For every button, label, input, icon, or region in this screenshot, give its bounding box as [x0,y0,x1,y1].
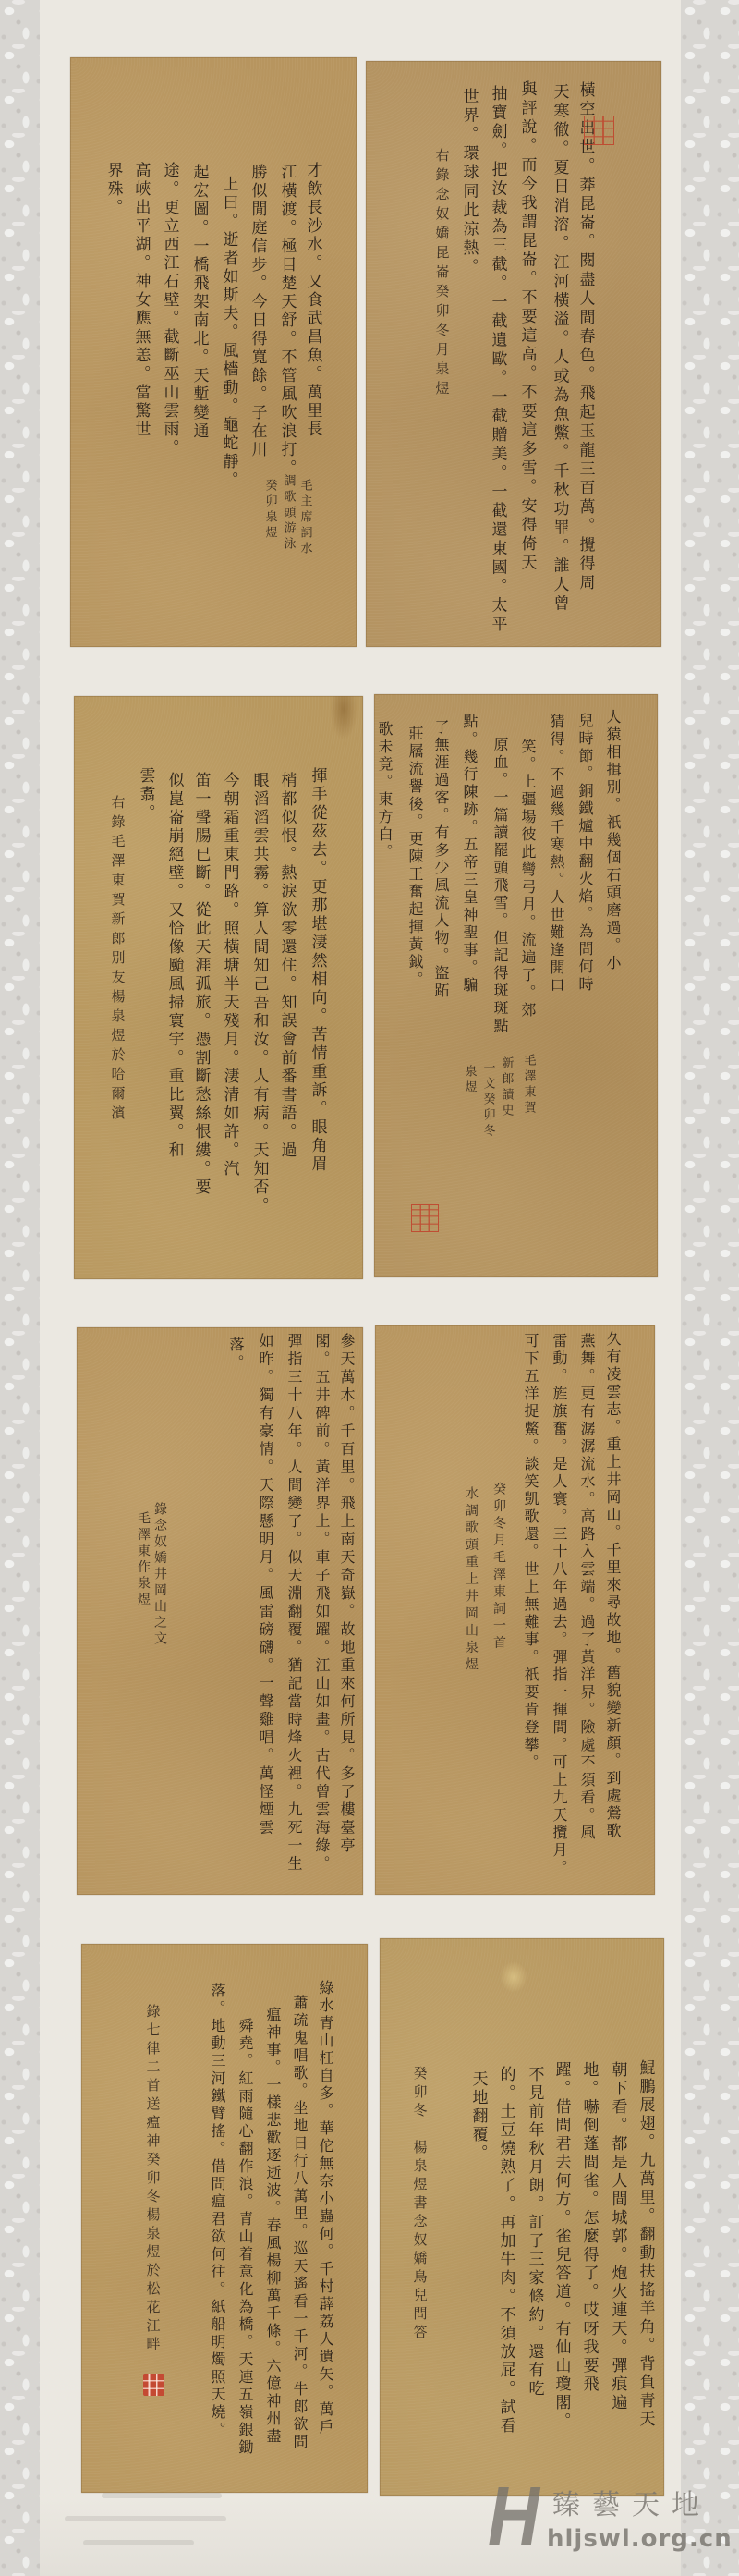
calligraphy-column: 可下五洋捉鱉。談笑凱歌還。世上無難事。祇要肯登攀。 [523,1333,538,1772]
inscription-column: 癸卯冬 楊泉煜書念奴嬌鳥兒問答 [413,2066,427,2343]
calligraphy-column: 笛一聲腸已斷。從此天涯孤旅。憑割斷愁絲恨縷。要 [193,772,209,1197]
calligraphy-column: 參天萬木。千百里。飛上南天奇嶽。故地重來何所見。多了樓臺亭 [339,1333,354,1856]
calligraphy-column: 起宏圖。一橋飛架南北。天塹變通 [191,164,207,441]
inscription-column: 癸卯泉煜 [264,479,276,542]
inscription-column: 右錄毛澤東賀新郎別友楊泉煜於哈爾濱 [111,795,125,1125]
calligraphy-column: 上曰。逝者如斯夫。風檣動。龜蛇靜。 [221,176,236,490]
calligraphy-column: 不見前年秋月朗。訂了三家條約。還有吃 [527,2066,542,2399]
calligraphy-column: 天寒徹。夏日消溶。江河橫溢。人或為魚鱉。千秋功罪。誰人曾 [551,83,567,614]
calligraphy-column: 江橫渡。極目楚天舒。不管風吹浪打。 [279,164,295,478]
red-seal-stamp-icon [584,116,614,145]
calligraphy-column: 莊屩流譽後。更陳王奮起揮黃鉞。 [407,726,422,989]
calligraphy-column: 點。幾行陳跡。五帝三皇神聖事。騙 [462,714,477,995]
calligraphy-column: 燕舞。更有潺潺流水。高路入雲端。過了黃洋界。險處不須看。風 [579,1333,594,1842]
calligraphy-column: 蕭疏鬼唱歌。坐地日行八萬里。巡天遙看一千河。牛郎欲問 [292,1995,307,2451]
calligraphy-column: 雲翥。 [138,767,153,823]
album-leaf-he-xin-lang-reading-history: 人猿相揖別。祇幾個石頭磨過。小 兒時節。銅鐵爐中翻火焰。為問何時 猜得。不過幾千… [374,694,658,1277]
calligraphy-column: 地。嚇倒蓬間雀。怎麼得了。哎呀我要飛 [581,2061,597,2394]
calligraphy-column: 如昨。獨有豪情。天際懸明月。風雷磅礴。一聲雞唱。萬怪煙雲 [258,1333,273,1837]
watermark-logo-letter: H [488,2475,539,2558]
calligraphy-column: 雷動。旌旗奮。是人寰。三十八年過去。彈指一揮間。可上九天攬月。 [551,1333,566,1877]
calligraphy-column: 久有凌雲志。重上井岡山。千里來尋故地。舊貌變新顏。到處鶯歌 [605,1331,620,1840]
calligraphy-column: 勝似閒庭信步。今日得寬餘。子在川 [249,164,265,459]
calligraphy-column: 抽寶劍。把汝裁為三截。一截遺歐。一截贈美。一截還東國。太平 [490,85,505,635]
calligraphy-column: 歌未竟。東方白。 [377,721,392,861]
paper-spot [500,1961,527,1993]
inscription-column: 一文癸卯冬 [482,1061,494,1140]
inscription-column: 泉煜 [464,1065,476,1096]
calligraphy-column: 落。 [228,1337,243,1373]
calligraphy-column: 人猿相揖別。祇幾個石頭磨過。小 [605,709,620,972]
inscription-column: 毛澤東賀 [523,1054,535,1117]
inscription-column: 錄念奴嬌井岡山之文 [153,1502,166,1648]
calligraphy-column: 才飲長沙水。又食武昌魚。萬里長 [305,162,321,439]
album-leaf-he-xin-lang-farewell: 揮手從茲去。更那堪淒然相向。苦情重訴。眼角眉 梢都似恨。熱淚欲零還住。知誤會前番… [74,696,363,1279]
silk-brocade-border-left [0,0,40,2576]
watermark-site-name: 臻藝天地 [552,2492,711,2520]
red-seal-stamp-icon [143,2374,164,2396]
calligraphy-column: 兒時節。銅鐵爐中翻火焰。為問何時 [577,713,592,994]
calligraphy-column: 綠水青山枉自多。華佗無奈小蟲何。千村薜荔人遺矢。萬戶 [318,1980,333,2436]
inscription-column: 癸卯冬月毛澤東詞一首 [492,1482,505,1653]
calligraphy-column: 瘟神事。一樣悲歡逐逝波。春風楊柳萬千條。六億神州盡 [265,2007,280,2446]
album-leaf-shui-diao-ge-tou-jinggangshan: 久有凌雲志。重上井岡山。千里來尋故地。舊貌變新顏。到處鶯歌 燕舞。更有潺潺流水。… [375,1325,655,1895]
calligraphy-column: 揮手從茲去。更那堪淒然相向。苦情重訴。眼角眉 [309,767,325,1174]
calligraphy-column: 途。更立西江石壁。截斷巫山雲雨。 [162,162,177,458]
calligraphy-column: 眼滔滔雲共霧。算人間知己吾和汝。人有病。天知否。 [251,772,267,1215]
calligraphy-column: 與評說。而今我謂昆崙。不要這高。不要這多雪。安得倚天 [519,80,535,573]
calligraphy-column: 鯤鵬展翅。九萬里。翻動扶搖羊角。背負青天 [637,2059,653,2429]
calligraphy-column: 朝下看。都是人間城郭。炮火連天。彈痕遍 [610,2061,625,2412]
calligraphy-column: 今朝霜重東門路。照橫塘半天殘月。淒清如許。汽 [222,772,237,1178]
calligraphy-column: 天地翻覆。 [470,2070,486,2163]
red-seal-stamp-icon [411,1204,439,1232]
calligraphy-column: 似崑崙崩絕壁。又恰像颱風掃寰宇。重比翼。和 [166,772,182,1160]
calligraphy-column: 界殊。 [105,162,121,217]
calligraphy-column: 彈指三十八年。人間變了。似天淵翻覆。猶記當時烽火裡。九死一生 [286,1333,301,1874]
calligraphy-column: 梢都似恨。熱淚欲零還住。知誤會前番書語。過 [279,772,295,1160]
calligraphy-column: 世界。環球同此涼熱。 [461,88,477,277]
inscription-column: 毛主席詞水 [299,479,311,557]
album-leaf-shui-diao-ge-tou-swimming: 才飲長沙水。又食武昌魚。萬里長 江橫渡。極目楚天舒。不管風吹浪打。 勝似閒庭信步… [70,57,357,647]
album-leaf-nian-nu-jiao-kunlun: 橫空出世。莽昆崙。閱盡人間春色。飛起玉龍三百萬。攪得周 天寒徹。夏日消溶。江河橫… [366,61,661,647]
album-leaf-nian-nu-jiao-jinggangshan: 參天萬木。千百里。飛上南天奇嶽。故地重來何所見。多了樓臺亭 閣。五井碑前。黃洋界… [77,1327,363,1895]
calligraphy-column: 落。地動三河鐵臂搖。借問瘟君欲何往。紙船明燭照天燒。 [210,1983,224,2439]
calligraphy-column: 原血。一篇讀罷頭飛雪。但記得斑斑點 [492,737,507,1035]
inscription-column: 水調歌頭重上井岡山泉煜 [465,1486,478,1675]
inscription-column: 右錄念奴嬌昆崙癸卯冬月泉煜 [435,148,449,400]
inscription-column: 錄七律二首送瘟神癸卯冬楊泉煜於松花江畔 [146,2004,160,2355]
album-leaf-nian-nu-jiao-bird-dialogue: 鯤鵬展翅。九萬里。翻動扶搖羊角。背負青天 朝下看。都是人間城郭。炮火連天。彈痕遍… [380,1938,664,2496]
calligraphy-column: 舜堯。紅雨隨心翻作浪。青山着意化為橋。天連五嶺銀鋤 [237,2018,252,2457]
watermark-url: hljswl.org.cn [547,2527,733,2551]
calligraphy-column: 了無涯過客。有多少風流人物。盜跖 [433,719,448,1000]
paper-stain [330,696,357,740]
album-leaf-qi-lv-farewell-god-of-plague: 綠水青山枉自多。華佗無奈小蟲何。千村薜荔人遺矢。萬戶 蕭疏鬼唱歌。坐地日行八萬里… [81,1944,368,2493]
calligraphy-column: 閣。五井碑前。黃洋界上。車子飛如躍。江山如畫。古代曾雲海綠。 [314,1333,329,1874]
calligraphy-column: 橫空出世。莽昆崙。閱盡人間春色。飛起玉龍三百萬。攪得周 [577,81,593,593]
calligraphy-column: 的。土豆燒熟了。再加牛肉。不須放屁。試看 [498,2066,514,2436]
inscription-column: 毛澤東作泉煜 [137,1511,150,1608]
inscription-column: 調歌頭游泳 [283,474,295,553]
calligraphy-column: 高峽出平湖。神女應無恙。當驚世 [133,162,149,439]
calligraphy-column: 躍。借問君去何方。雀兒答道。有仙山瓊閣。 [553,2061,569,2431]
calligraphy-column: 笑。上疆場彼此彎弓月。流遍了。郊 [520,739,535,1019]
silk-brocade-border-right [681,0,739,2576]
inscription-column: 新郎讀史 [501,1056,513,1119]
calligraphy-column: 猜得。不過幾千寒熱。人世難逢開口 [549,714,563,995]
